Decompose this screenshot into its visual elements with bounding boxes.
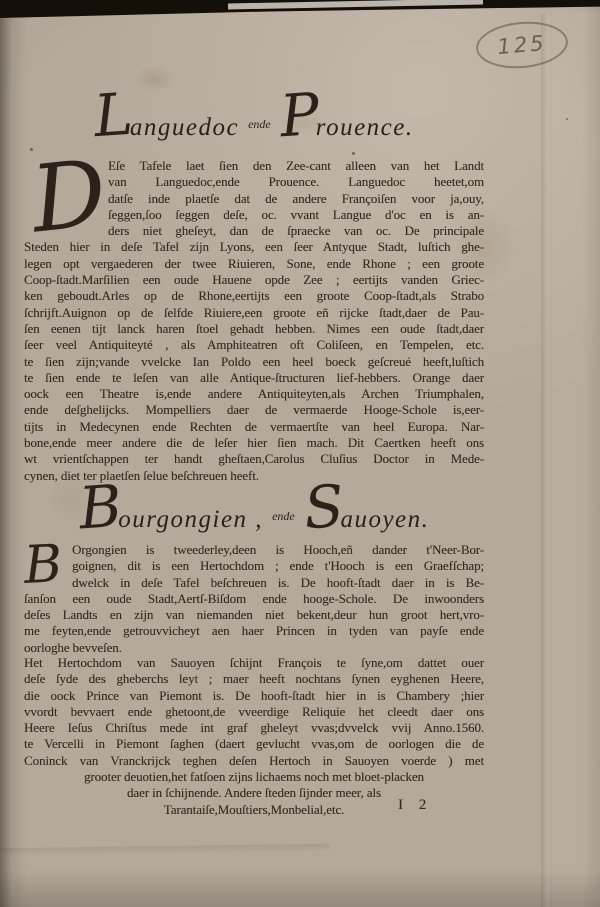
text-line: deſe ſyde des gheberchs leyt ; maer heef… (24, 671, 484, 687)
paper-right-margin (552, 12, 600, 907)
text-line: Heere Ieſus Chriſtus mede int graf ghele… (24, 720, 484, 736)
body-text-bourgongien: B Orgongien is tweederley,deen is Hooch,… (24, 542, 484, 656)
text-line: ende deſghelijcks. Mompelliers daer de v… (24, 402, 484, 418)
text-line: goignen, dit is een Hertochdom ; ende t'… (24, 558, 484, 574)
body-text-sauoyen: Het Hertochdom van Sauoyen ſchijnt Franç… (24, 655, 484, 818)
text-line: deſes Landts en zijn van niemanden niet … (24, 607, 484, 623)
text-line: Orgongien is tweederley,deen is Hooch,eñ… (24, 542, 484, 558)
text-line: Coninck van Vranckrijck teghen deſen Her… (24, 753, 484, 769)
drop-cap-initial: D (28, 156, 109, 237)
text-line: ſeer veel Antiquiteyté , als Amphiteatre… (24, 337, 484, 353)
printer-signature: I 2 (398, 797, 432, 814)
heading-word: anguedoc (130, 114, 239, 142)
text-line: grooter deuotien,het fatſoen zijns licha… (24, 769, 484, 785)
book-photograph: 125 Languedoc ende Prouence. D Eſe Tafel… (0, 0, 600, 907)
text-line: oorloghe bevveſen. (24, 640, 484, 656)
heading-swash-initial: B (77, 477, 124, 538)
heading-swash-initial: S (302, 477, 346, 538)
text-line: te Vercelli in Piemont ſaghen (daert gev… (24, 736, 484, 752)
heading-word: ourgongien , (118, 506, 263, 534)
text-line: wt vrientſchappen ter handt gheſtaen,Car… (24, 451, 484, 467)
text-line: tijts in Medecynen ende Rechten de verma… (24, 419, 484, 435)
text-line: bone,ende meer andere die de leſer hier … (24, 435, 484, 451)
body-text-languedoc: D Eſe Tafele laet ſien den Zee-cant alle… (24, 158, 484, 484)
heading-swash-initial: L (92, 85, 134, 146)
text-line: me feyten,ende getrouvvicheyt aen haer P… (24, 623, 484, 639)
text-line: ſchrijft.Auignon op de ſelfde Riuiere,ee… (24, 305, 484, 321)
text-line: ſanſon een oude Stadt,Aertſ-Biſdom ende … (24, 591, 484, 607)
heading-connector: ende (272, 509, 295, 524)
paper-crease-horizontal (0, 844, 330, 857)
text-line: dwelck in deſe Tafel beſchreuen is. De h… (24, 575, 484, 591)
text-line: Coop-ſtadt.Marſilien een oude Hauene opd… (24, 272, 484, 288)
drop-cap-initial: B (23, 542, 63, 588)
text-line: die oock Prince van Piemont is. De hooft… (24, 688, 484, 704)
text-line: ken geboudt.Arles op de Rhone,eertijts e… (24, 288, 484, 304)
text-line: te ſien zijn;vande vvelcke Ian Poldo een… (24, 354, 484, 370)
text-line: vvordt bevvaert ende ghetoont,de vveerdi… (24, 704, 484, 720)
text-line: te ſien ende te leſen van alle Antique-ſ… (24, 370, 484, 386)
ink-fleck (566, 118, 568, 120)
heading-word: rouence. (316, 114, 414, 142)
heading-word: auoyen. (340, 506, 429, 534)
text-line: Het Hertochdom van Sauoyen ſchijnt Franç… (24, 655, 484, 671)
folio-number-text: 125 (497, 31, 548, 59)
heading-connector: ende (248, 117, 271, 132)
text-line: ſen eenen tijt lanck haren ſtoel gehadt … (24, 321, 484, 337)
ink-fleck (352, 152, 355, 155)
text-line: legen opt vergaederen der twee Riuieren,… (24, 256, 484, 272)
paper-crease-vertical (541, 14, 552, 907)
section-heading-bourgongien-sauoyen: Bourgongien , ende Sauoyen. (24, 478, 484, 540)
heading-swash-initial: P (278, 85, 321, 146)
text-line: oock een Theatre is,ende andere Antiquit… (24, 386, 484, 402)
page-sheet: 125 Languedoc ende Prouence. D Eſe Tafel… (0, 0, 600, 907)
